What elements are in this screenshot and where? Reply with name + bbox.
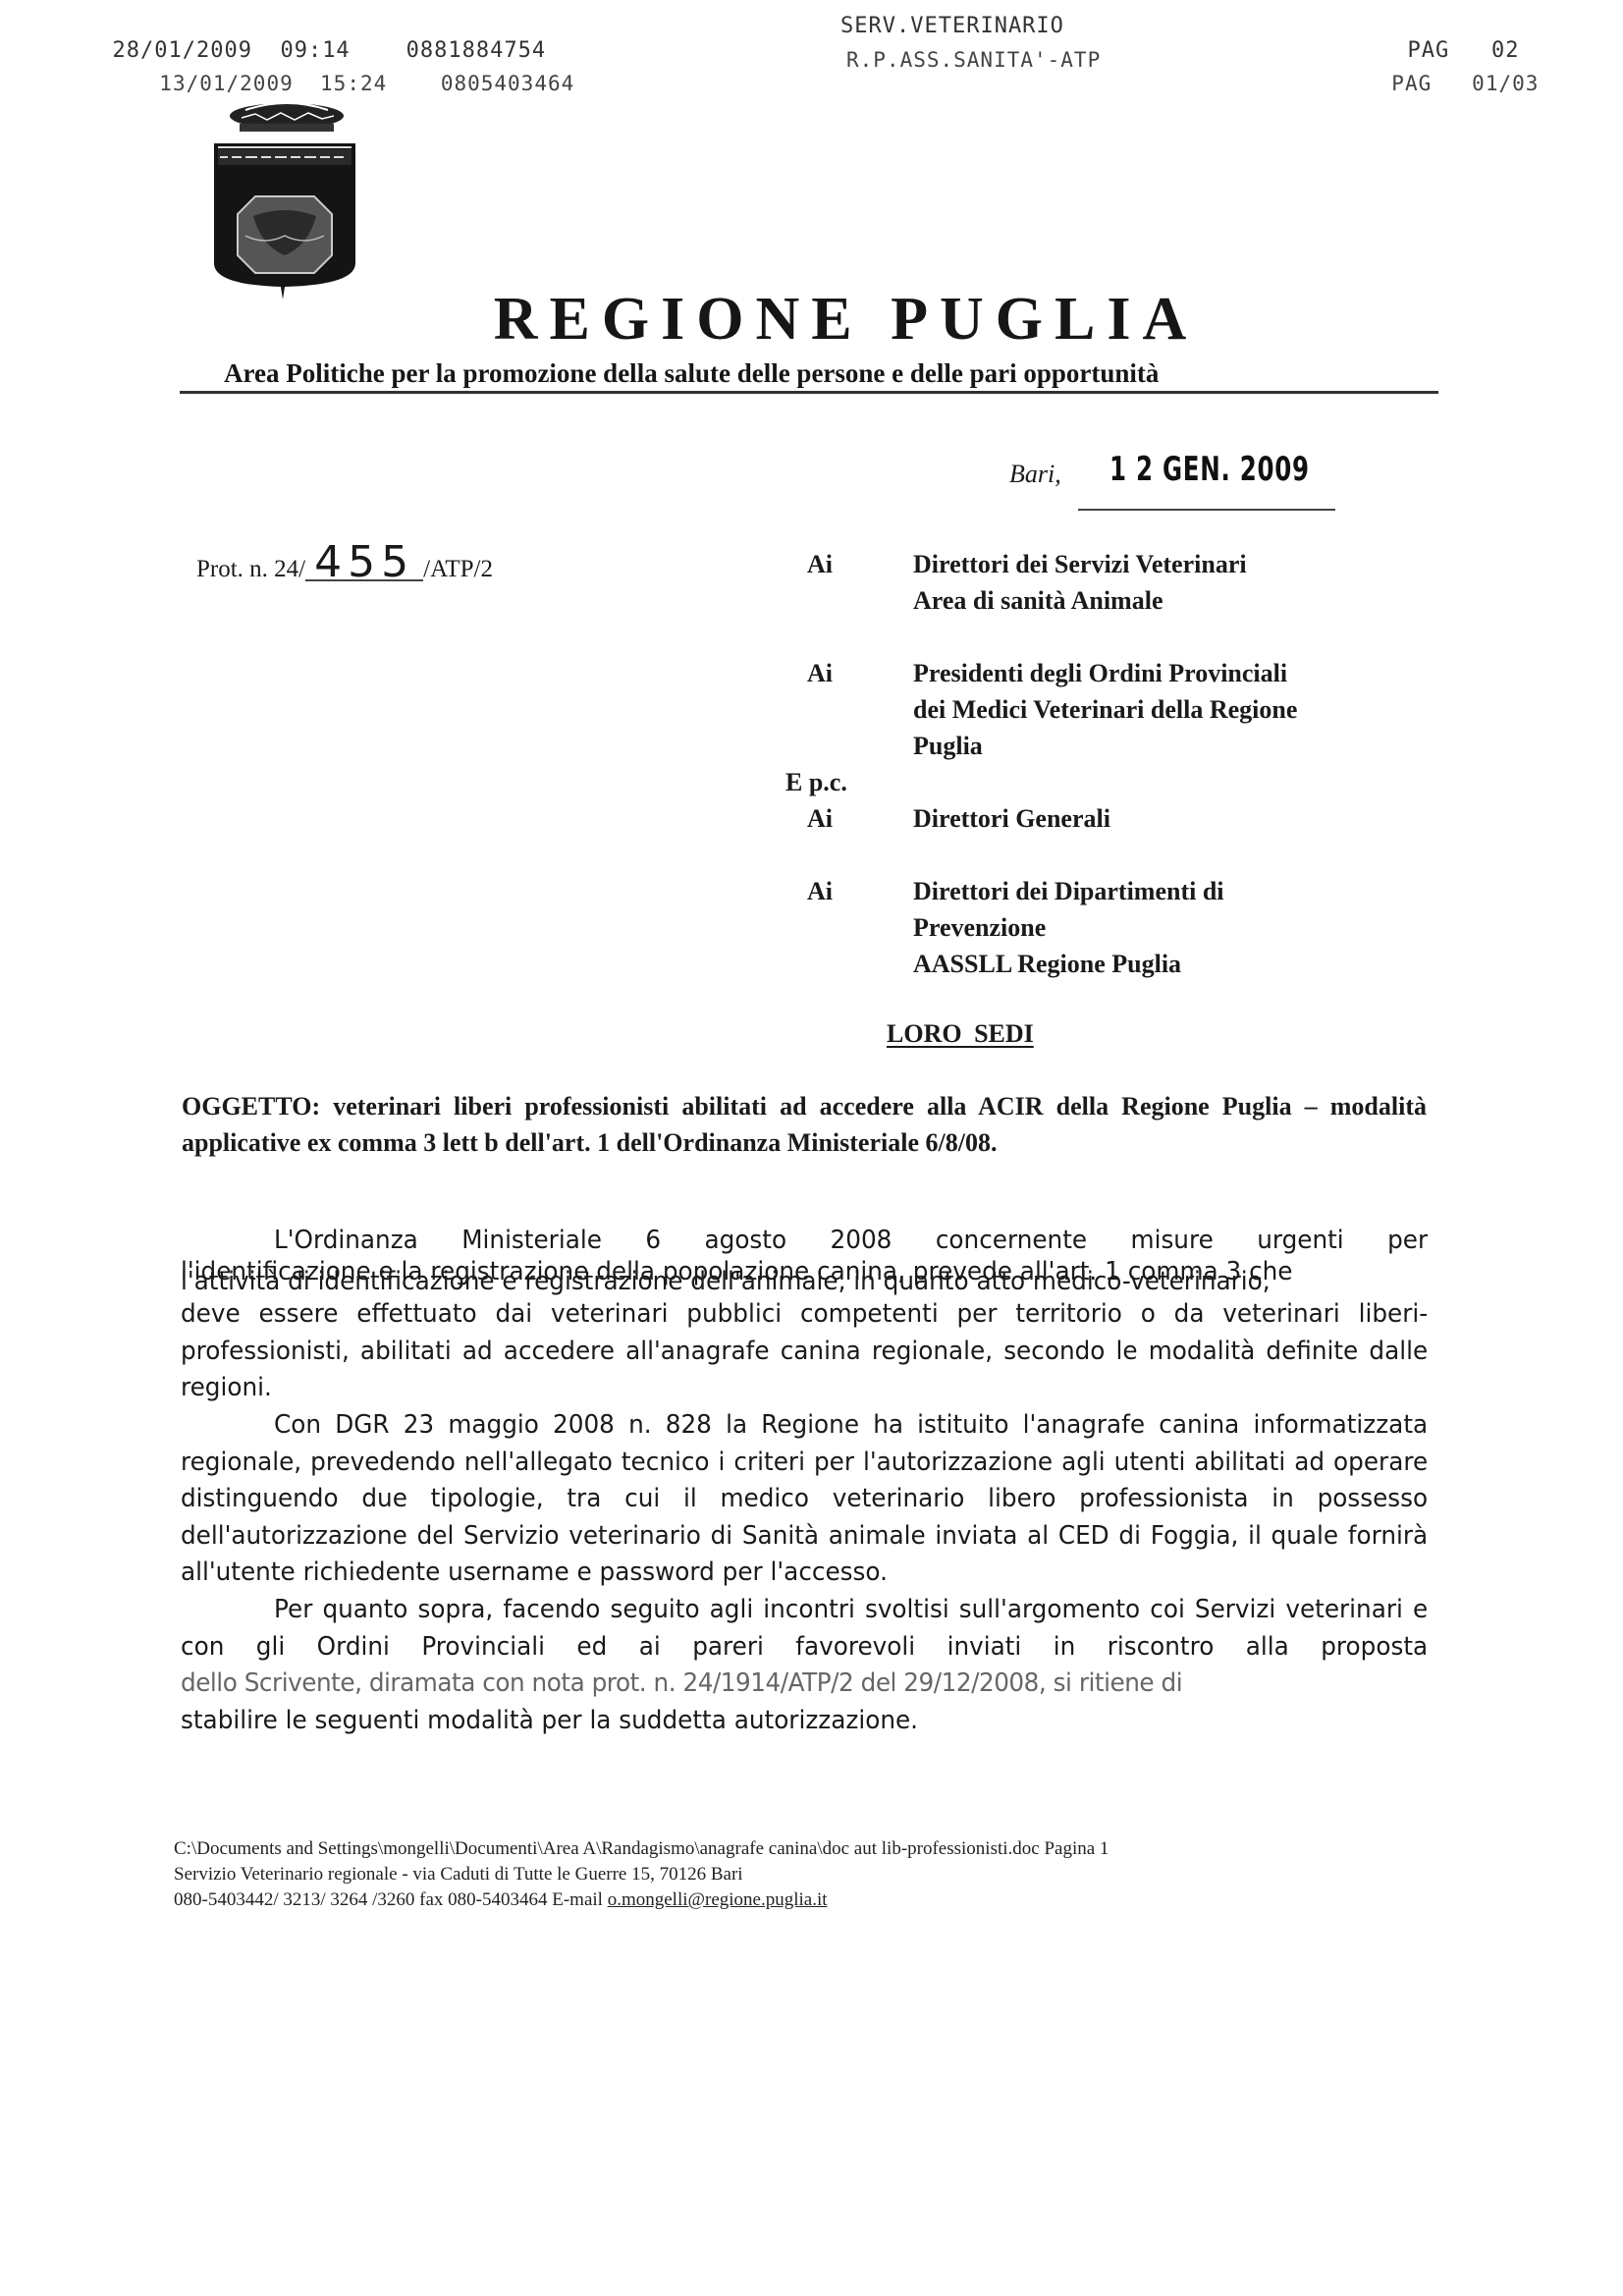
- recipient-line: Puglia: [913, 728, 1297, 764]
- overlapping-fax-lines: l'identificazione e la registrazione del…: [181, 1260, 1428, 1297]
- overlap-line-b: l'attività di identificazione e registra…: [181, 1264, 1271, 1301]
- recipient-line: dei Medici Veterinari della Regione: [913, 691, 1297, 728]
- recipient-line: AASSLL Regione Puglia: [913, 946, 1224, 982]
- fax-date: 13/01/2009: [159, 72, 293, 95]
- date-stamp: 1 2 GEN. 2009: [1109, 450, 1310, 489]
- recipient-line: Direttori dei Dipartimenti di: [913, 873, 1224, 909]
- subject-text: veterinari liberi professionisti abilita…: [182, 1092, 1427, 1157]
- recipient: Ai Presidenti degli Ordini Provinciali d…: [785, 655, 1473, 764]
- recipient-line: Direttori Generali: [913, 800, 1110, 837]
- paragraph-3-garbled-line: dello Scrivente, diramata con nota prot.…: [181, 1666, 1428, 1703]
- footer-file-path: C:\Documents and Settings\mongelli\Docum…: [174, 1836, 1109, 1862]
- paragraph-1-rest: deve essere effettuato dai veterinari pu…: [181, 1296, 1428, 1407]
- letterhead-divider: [180, 391, 1438, 394]
- protocol-prefix: Prot. n. 24/: [196, 556, 305, 582]
- protocol-suffix: /ATP/2: [423, 556, 493, 582]
- footer-phones: 080-5403442/ 3213/ 3264 /3260 fax 080-54…: [174, 1889, 608, 1910]
- recipient-prefix: Ai: [785, 655, 913, 764]
- recipient-line: Direttori dei Servizi Veterinari: [913, 546, 1247, 582]
- date-underline: [1078, 509, 1335, 511]
- fax-page-label: PAG: [1391, 72, 1432, 95]
- fax-page-number: 01/03: [1472, 72, 1539, 95]
- paragraph-3: Per quanto sopra, facendo seguito agli i…: [181, 1592, 1428, 1666]
- coat-of-arms-icon: [206, 98, 363, 300]
- recipient-line: Presidenti degli Ordini Provinciali: [913, 655, 1297, 691]
- letter-body: L'Ordinanza Ministeriale 6 agosto 2008 c…: [181, 1223, 1428, 1739]
- recipient-line: Area di sanità Animale: [913, 582, 1247, 619]
- footer-address: Servizio Veterinario regionale - via Cad…: [174, 1862, 1109, 1887]
- protocol-number: Prot. n. 24/455/ATP/2: [196, 546, 493, 583]
- footer-contacts: 080-5403442/ 3213/ 3264 /3260 fax 080-54…: [174, 1887, 1109, 1913]
- fax-header-line-2: 13/01/2009 15:24 0805403464: [133, 48, 574, 95]
- letterhead-title: REGIONE PUGLIA: [0, 285, 1623, 355]
- fax-time: 15:24: [320, 72, 387, 95]
- fax-page-2: PAG 01/03: [1365, 48, 1539, 95]
- recipients: Ai Direttori dei Servizi Veterinari Area…: [785, 546, 1473, 1018]
- place-label: Bari,: [1009, 460, 1061, 489]
- letterhead-subtitle: Area Politiche per la promozione della s…: [224, 358, 1159, 389]
- recipient-prefix: Ai: [785, 800, 913, 837]
- recipient-prefix: Ai: [785, 546, 913, 619]
- recipient-prefix: Ai: [785, 873, 913, 982]
- recipient: Ai Direttori Generali: [785, 800, 1473, 837]
- fax-number: 0805403464: [441, 72, 574, 95]
- fax-sender-1: SERV.VETERINARIO: [840, 14, 1064, 38]
- recipient: Ai Direttori dei Dipartimenti di Prevenz…: [785, 873, 1473, 982]
- protocol-handwritten-number: 455: [305, 546, 423, 581]
- fax-sender-2: R.P.ASS.SANITA'-ATP: [846, 48, 1101, 72]
- paragraph-3-end: stabilire le seguenti modalità per la su…: [181, 1703, 1428, 1740]
- recipient-line: Prevenzione: [913, 909, 1224, 946]
- subject-label: OGGETTO:: [182, 1092, 320, 1121]
- page-footer: C:\Documents and Settings\mongelli\Docum…: [174, 1836, 1109, 1913]
- footer-email-link[interactable]: o.mongelli@regione.puglia.it: [608, 1889, 828, 1910]
- paragraph-2: Con DGR 23 maggio 2008 n. 828 la Regione…: [181, 1407, 1428, 1592]
- cc-label: E p.c.: [785, 764, 1473, 800]
- loro-sedi: LORO SEDI: [887, 1019, 1034, 1049]
- subject: OGGETTO: veterinari liberi professionist…: [182, 1088, 1427, 1161]
- recipient: Ai Direttori dei Servizi Veterinari Area…: [785, 546, 1473, 619]
